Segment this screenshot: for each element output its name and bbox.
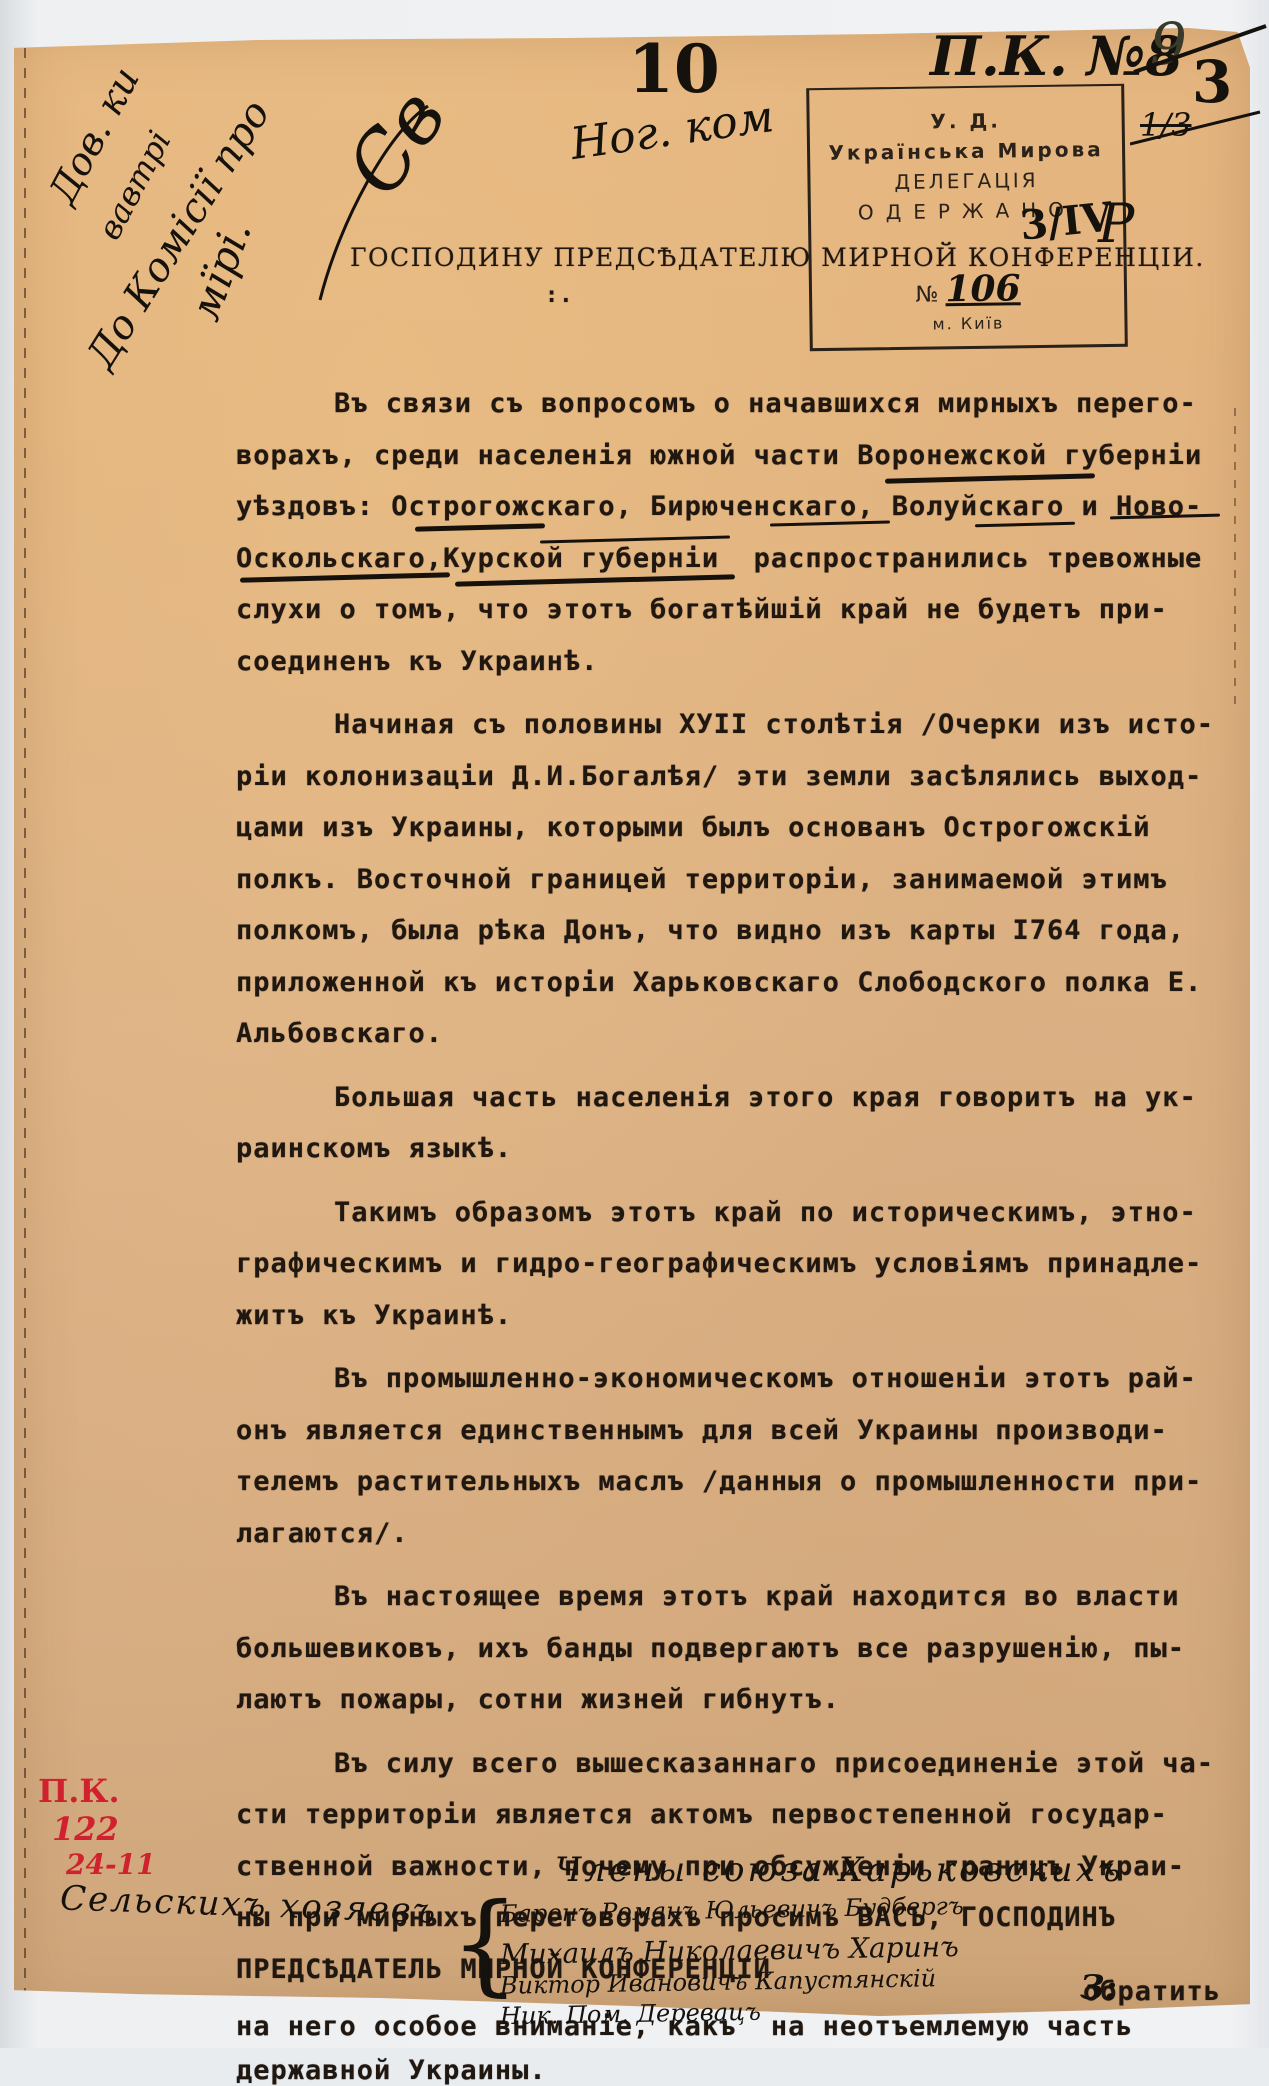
body-line: Оскольскаго,Курской губернiи распростран… bbox=[236, 543, 1202, 574]
body-line: большевиковъ, ихъ банды подвергаютъ все … bbox=[236, 1633, 1185, 1664]
title-mark: :. bbox=[545, 283, 574, 308]
body-line: телемъ растительныхъ маслъ /данныя о про… bbox=[236, 1466, 1202, 1497]
body-line: Въ промышленно-экономическомъ отношенiи … bbox=[334, 1363, 1197, 1394]
archive-mark-3: 24-11 bbox=[66, 1848, 156, 1881]
stamp-number-label: № bbox=[915, 282, 938, 307]
body-line: Большая часть населенiя этого края говор… bbox=[334, 1082, 1197, 1113]
body-line: Начиная съ половины ХУII столѣтiя /Очерк… bbox=[334, 709, 1214, 740]
body-line: графическимъ и гидро-географическимъ усл… bbox=[236, 1248, 1202, 1279]
stamp-number-value: 106 bbox=[945, 267, 1021, 310]
body-line: Въ настоящее время этотъ край находится … bbox=[334, 1581, 1180, 1612]
body-line: ворахъ, среди населенiя южной части Воро… bbox=[236, 440, 1202, 471]
body-line: сти территорiи является актомъ первостеп… bbox=[236, 1799, 1168, 1830]
stamp-number-row: № 106 bbox=[812, 266, 1125, 312]
body-line: лаютъ пожары, сотни жизней гибнутъ. bbox=[236, 1684, 840, 1715]
body-line: полкомъ, была рѣка Донъ, что видно изъ к… bbox=[236, 915, 1185, 946]
ref-strike-lines bbox=[1130, 20, 1269, 160]
signoff-intro: Члены союза Харьковскихъ bbox=[555, 1850, 1123, 1890]
body-line: Альбовскаго. bbox=[236, 1018, 443, 1049]
stamp-city: м. Київ bbox=[812, 312, 1124, 335]
annotation-number-10: 10 bbox=[628, 30, 720, 108]
body-line: житъ къ Украинѣ. bbox=[236, 1300, 512, 1331]
body-line: Въ связи съ вопросомъ о начавшихся мирны… bbox=[334, 388, 1197, 419]
body-line: лагаются/. bbox=[236, 1518, 409, 1549]
body-line: уѣздовъ: Острогожскаго, Бирюченскаго, Во… bbox=[236, 491, 1202, 522]
stamp-line-1: У. Д. bbox=[809, 104, 1121, 138]
body-line: Такимъ образомъ этотъ край по историческ… bbox=[334, 1197, 1197, 1228]
signatures-end: З: bbox=[1080, 1968, 1117, 2008]
body-line: приложенной къ исторiи Харьковскаго Слоб… bbox=[236, 967, 1202, 998]
archive-mark-2: 122 bbox=[52, 1810, 119, 1848]
signature-stroke bbox=[300, 90, 440, 310]
body-line: соединенъ къ Украинѣ. bbox=[236, 646, 598, 677]
signatory-name: Ник. Пом. Деревацъ bbox=[500, 1998, 761, 2031]
body-line: онъ является единственнымъ для всей Укра… bbox=[236, 1415, 1168, 1446]
body-line: полкъ. Восточной границей территорiи, за… bbox=[236, 864, 1168, 895]
body-line: рiи колонизацiи Д.И.Богалѣя/ эти земли з… bbox=[236, 761, 1202, 792]
body-line: Въ силу всего вышесказаннаго присоединен… bbox=[334, 1748, 1214, 1779]
body-line: раинскомъ языкѣ. bbox=[236, 1133, 512, 1164]
archive-mark-1: П.К. bbox=[38, 1772, 120, 1810]
stamp-line-2: Українська Мирова bbox=[810, 134, 1122, 168]
stamp-line-3: ДЕЛЕГАЦІЯ bbox=[810, 164, 1122, 198]
body-line: слухи о томъ, что этотъ богатѣйшiй край … bbox=[236, 594, 1168, 625]
body-line: цами изъ Украины, которыми былъ основанъ… bbox=[236, 812, 1151, 843]
letter-title: ГОСПОДИНУ ПРЕДСѢДАТЕЛЮ МИРНОЙ КОНФЕРЕНЦI… bbox=[350, 243, 1205, 272]
